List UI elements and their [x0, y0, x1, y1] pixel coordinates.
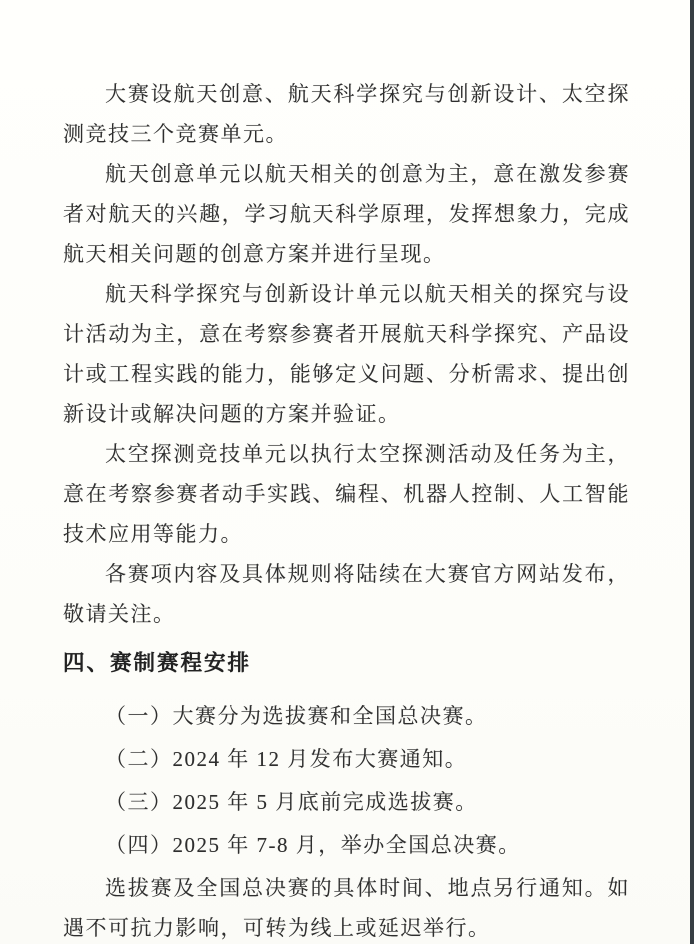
- schedule-item-1: （一）大赛分为选拔赛和全国总决赛。: [63, 696, 630, 736]
- paragraph-rules-announcement: 各赛项内容及具体规则将陆续在大赛官方网站发布，敬请关注。: [63, 554, 630, 634]
- paragraph-science-design-unit: 航天科学探究与创新设计单元以航天相关的探究与设计活动为主，意在考察参赛者开展航天…: [63, 274, 630, 434]
- document-body: 大赛设航天创意、航天科学探究与创新设计、太空探测竞技三个竞赛单元。 航天创意单元…: [63, 74, 630, 944]
- paragraph-competition-units: 大赛设航天创意、航天科学探究与创新设计、太空探测竞技三个竞赛单元。: [63, 74, 630, 154]
- page-right-edge-shadow: [690, 0, 694, 944]
- schedule-item-4: （四）2025 年 7-8 月，举办全国总决赛。: [63, 825, 630, 865]
- paragraph-time-place-notice: 选拔赛及全国总决赛的具体时间、地点另行通知。如遇不可抗力影响，可转为线上或延迟举…: [63, 868, 630, 944]
- schedule-item-3: （三）2025 年 5 月底前完成选拔赛。: [63, 782, 630, 822]
- schedule-item-2: （二）2024 年 12 月发布大赛通知。: [63, 739, 630, 779]
- paragraph-space-exploration-unit: 太空探测竞技单元以执行太空探测活动及任务为主，意在考察参赛者动手实践、编程、机器…: [63, 434, 630, 554]
- paragraph-creative-unit: 航天创意单元以航天相关的创意为主，意在激发参赛者对航天的兴趣，学习航天科学原理，…: [63, 154, 630, 274]
- section-heading-schedule: 四、赛制赛程安排: [63, 643, 630, 683]
- document-page: 大赛设航天创意、航天科学探究与创新设计、太空探测竞技三个竞赛单元。 航天创意单元…: [0, 0, 694, 944]
